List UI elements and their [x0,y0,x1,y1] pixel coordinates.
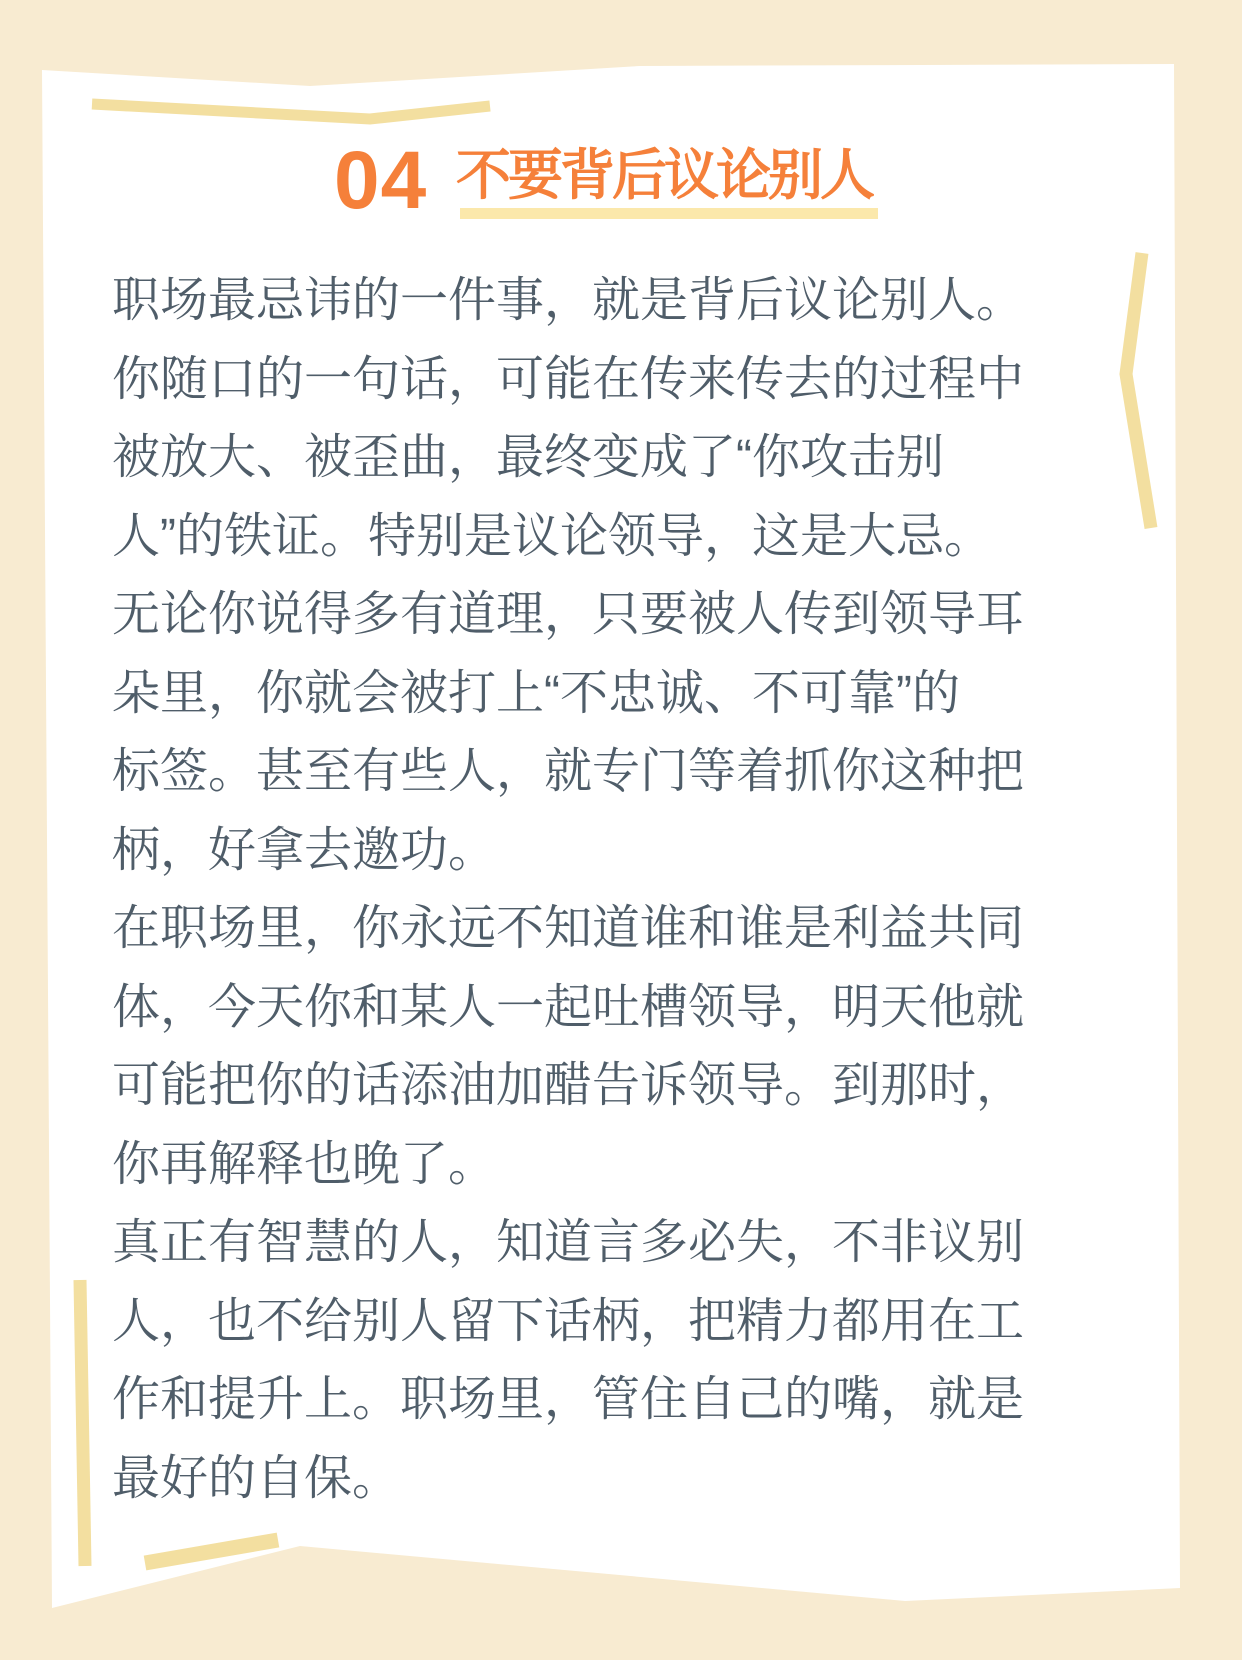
body-text: 职场最忌讳的一件事，就是背后议论别人。 你随口的一句话，可能在传来传去的过程中 … [112,262,1122,1518]
section-number: 04 [334,140,427,222]
poster-canvas: 04 不要背后议论别人 职场最忌讳的一件事，就是背后议论别人。 你随口的一句话，… [0,0,1242,1660]
title-underline [460,208,878,219]
left-accent-bar [80,1280,85,1566]
section-title: 不要背后议论别人 [456,147,872,205]
